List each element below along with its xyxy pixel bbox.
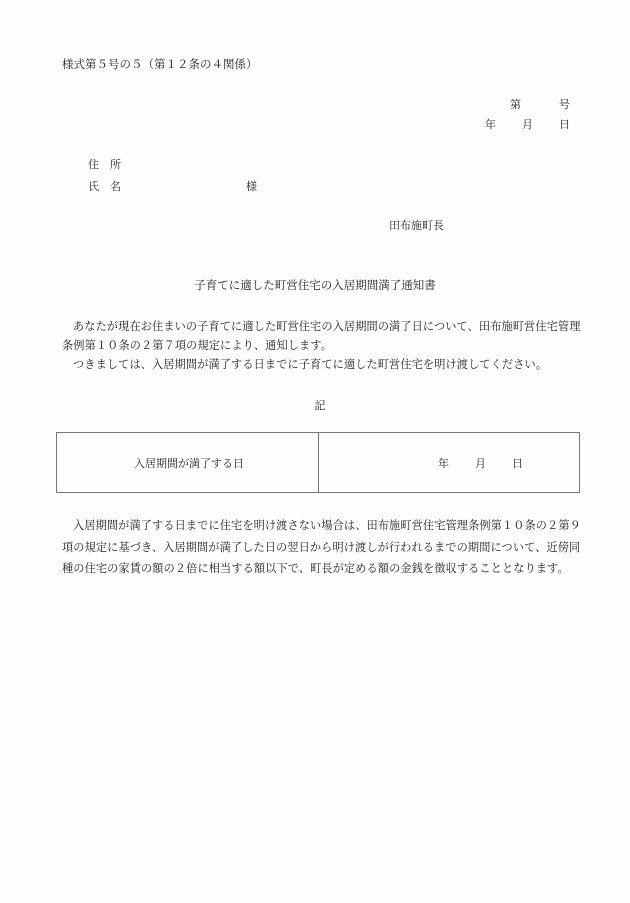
issuer: 田布施町長 xyxy=(389,217,444,233)
issue-date: 年月日 xyxy=(485,116,570,132)
expiry-day: 日 xyxy=(512,455,523,471)
form-number: 様式第５号の５（第１２条の４関係） xyxy=(62,56,258,72)
honorific: 様 xyxy=(246,178,257,194)
ki-heading: 記 xyxy=(0,397,630,413)
expiry-date-cell: 年月日 xyxy=(319,433,579,492)
expiry-table: 入居期間が満了する日 年月日 xyxy=(56,432,580,493)
name-label: 氏 名 xyxy=(88,178,121,194)
doc-number-go: 号 xyxy=(559,96,570,112)
date-day: 日 xyxy=(559,118,570,131)
date-month: 月 xyxy=(522,118,533,131)
expiry-month: 月 xyxy=(475,455,486,471)
notice-paragraph: 入居期間が満了する日までに住宅を明け渡さない場合は、田布施町営住宅管理条例第１０… xyxy=(62,515,582,580)
paragraph-1: あなたが現在お住まいの子育てに適した町営住宅の入居期間の満了日について、田布施町… xyxy=(62,317,582,355)
expiry-year: 年 xyxy=(438,455,449,471)
document-number: 第号 xyxy=(510,96,570,112)
document-title: 子育てに適した町営住宅の入居期間満了通知書 xyxy=(0,277,630,293)
doc-number-dai: 第 xyxy=(510,96,521,112)
date-year: 年 xyxy=(485,118,496,131)
address-label: 住 所 xyxy=(88,156,121,172)
paragraph-2: つきましては、入居期間が満了する日までに子育てに適した町営住宅を明け渡してくださ… xyxy=(62,355,582,374)
expiry-label: 入居期間が満了する日 xyxy=(134,455,244,471)
expiry-label-cell: 入居期間が満了する日 xyxy=(57,433,319,492)
body-text: あなたが現在お住まいの子育てに適した町営住宅の入居期間の満了日について、田布施町… xyxy=(62,317,582,374)
